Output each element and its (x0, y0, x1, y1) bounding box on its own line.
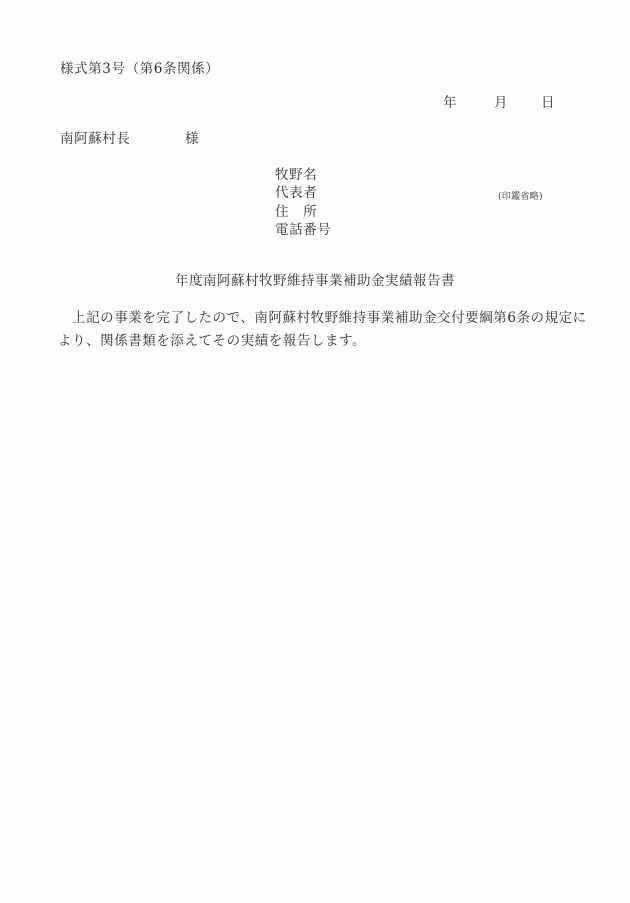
body-line-2: より、関係書類を添えてその実績を報告します。 (58, 330, 580, 353)
document-page: 様式第3号（第6条関係） 年 月 日 南阿蘇村長 様 牧野名 代表者 住 所 電… (0, 0, 630, 903)
date-month-label: 月 (494, 97, 508, 111)
sender-field-representative: 代表者 (275, 184, 331, 202)
document-title: 年度南阿蘇村牧野維持事業補助金実績報告書 (0, 269, 630, 289)
sender-field-address: 住 所 (275, 203, 331, 221)
addressee-honorific: 様 (185, 133, 199, 147)
sender-block: 牧野名 代表者 住 所 電話番号 (275, 166, 331, 240)
sender-field-pasture-name: 牧野名 (275, 166, 331, 184)
form-number: 様式第3号（第6条関係） (60, 63, 219, 77)
seal-omitted-note: (印鑑省略) (498, 189, 543, 202)
body-line-1: 上記の事業を完了したので、南阿蘇村牧野維持事業補助金交付要綱第6条の規定に (58, 307, 580, 330)
date-day-label: 日 (541, 97, 555, 111)
sender-field-phone-number: 電話番号 (275, 221, 331, 239)
date-year-label: 年 (443, 97, 457, 111)
addressee-name: 南阿蘇村長 (60, 133, 131, 147)
body-paragraph: 上記の事業を完了したので、南阿蘇村牧野維持事業補助金交付要綱第6条の規定に より… (58, 307, 580, 352)
